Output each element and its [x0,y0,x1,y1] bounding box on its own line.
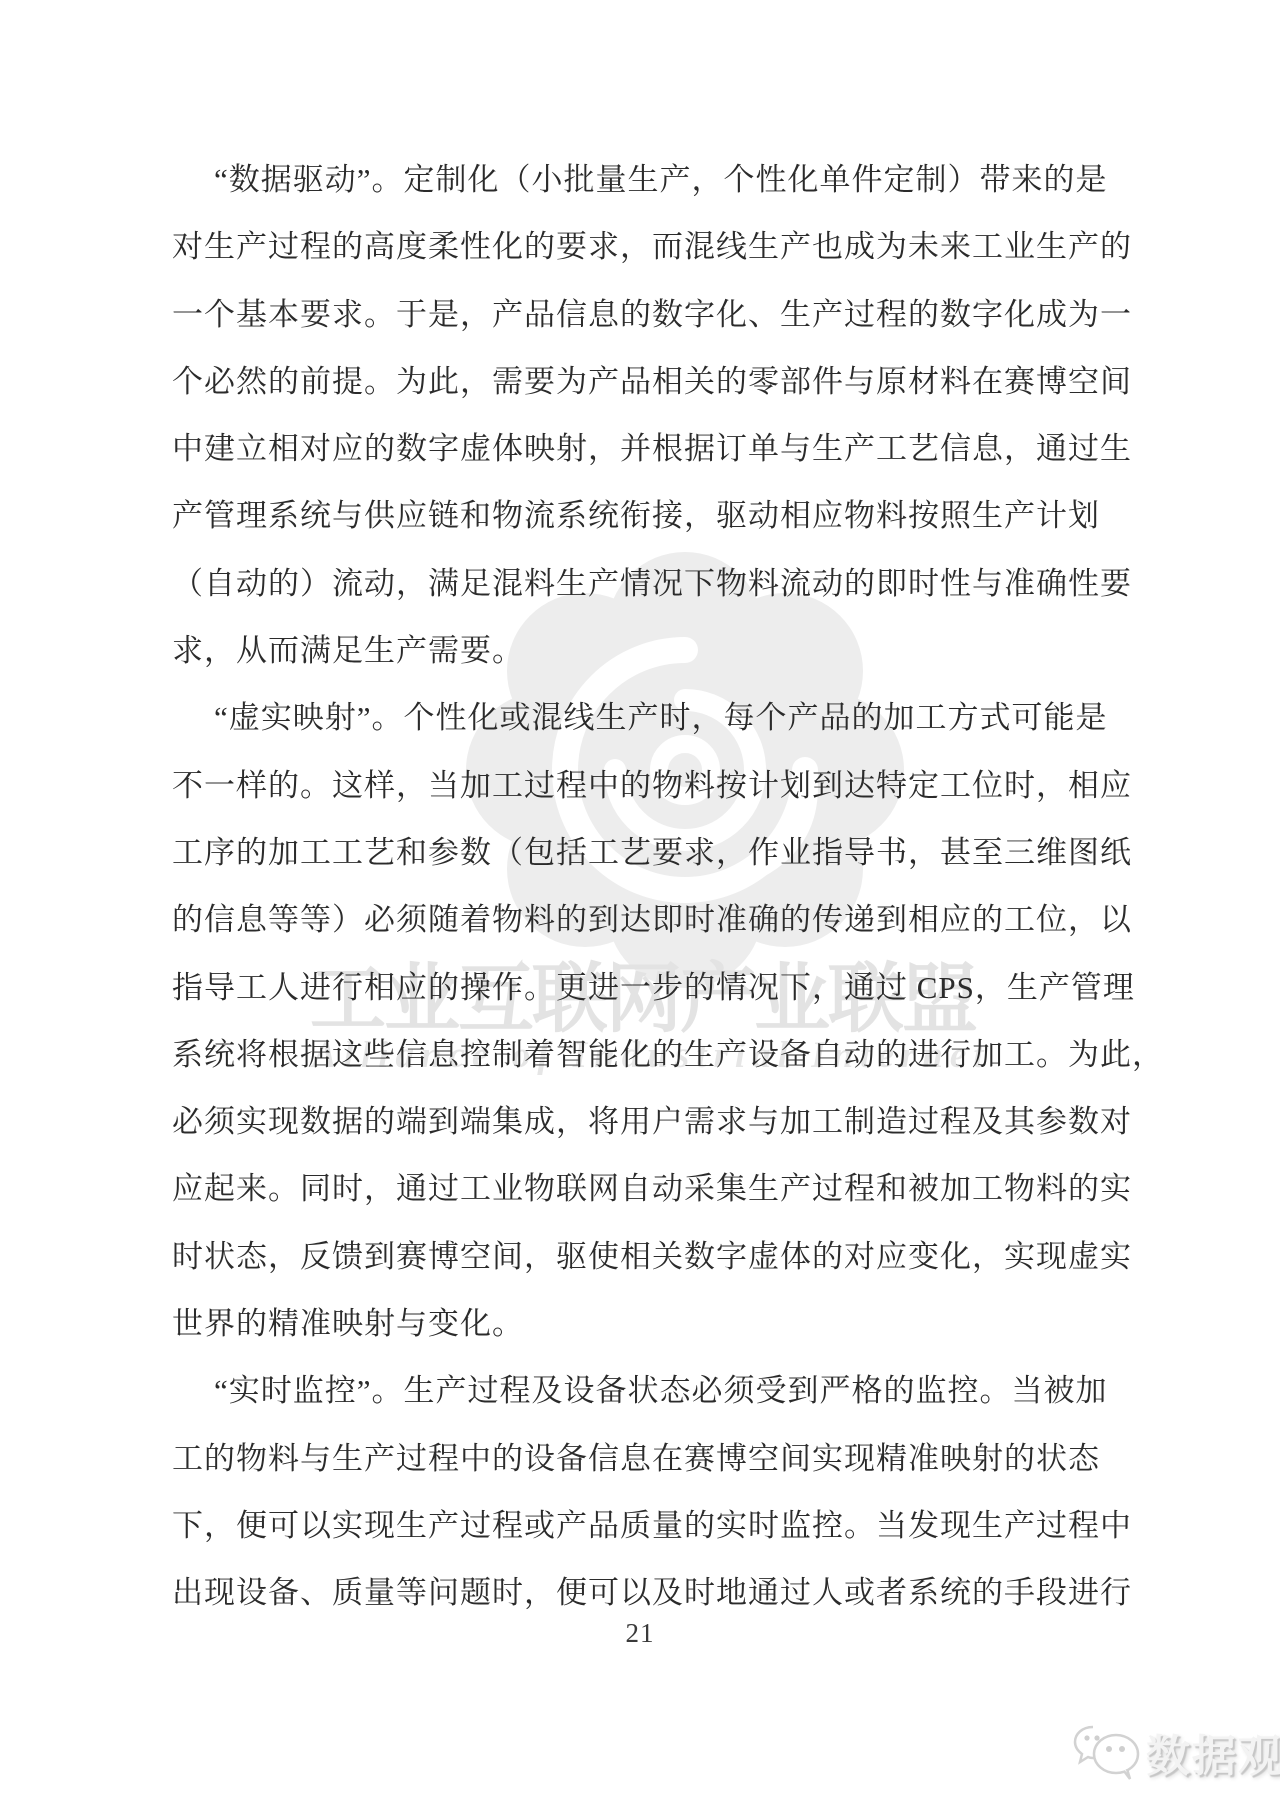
text-line: 世界的精准映射与变化。 [172,1290,1086,1357]
text-line: 时状态，反馈到赛博空间，驱使相关数字虚体的对应变化，实现虚实 [172,1223,1086,1290]
text-line: 对生产过程的高度柔性化的要求，而混线生产也成为未来工业生产的 [172,213,1086,280]
text-line: 不一样的。这样，当加工过程中的物料按计划到达特定工位时，相应 [172,752,1086,819]
brand-logo: 数据观 [1072,1720,1280,1784]
text-line: “数据驱动”。定制化（小批量生产，个性化单件定制）带来的是 [172,146,1086,213]
text-line: 个必然的前提。为此，需要为产品相关的零部件与原材料在赛博空间 [172,348,1086,415]
text-line: 出现设备、质量等问题时，便可以及时地通过人或者系统的手段进行 [172,1559,1086,1626]
text-line: 系统将根据这些信息控制着智能化的生产设备自动的进行加工。为此， [172,1021,1086,1088]
text-line: “实时监控”。生产过程及设备状态必须受到严格的监控。当被加 [172,1357,1086,1424]
text-line: 一个基本要求。于是，产品信息的数字化、生产过程的数字化成为一 [172,281,1086,348]
scanned-document-page: 工业互联网产业联盟 Alliance of Industrial Interne… [0,0,1280,1809]
text-line: 工的物料与生产过程中的设备信息在赛博空间实现精准映射的状态 [172,1425,1086,1492]
text-line: 产管理系统与供应链和物流系统衔接，驱动相应物料按照生产计划 [172,482,1086,549]
page-number: 21 [0,1618,1280,1649]
text-line: 下，便可以实现生产过程或产品质量的实时监控。当发现生产过程中 [172,1492,1086,1559]
text-line: “虚实映射”。个性化或混线生产时，每个产品的加工方式可能是 [172,684,1086,751]
text-line: 中建立相对应的数字虚体映射，并根据订单与生产工艺信息，通过生 [172,415,1086,482]
text-line: 的信息等等）必须随着物料的到达即时准确的传递到相应的工位，以 [172,886,1086,953]
text-line: 指导工人进行相应的操作。更进一步的情况下，通过 CPS，生产管理 [172,954,1086,1021]
text-line: 求，从而满足生产需要。 [172,617,1086,684]
brand-name: 数据观 [1146,1720,1280,1784]
chat-bubbles-icon [1072,1721,1146,1783]
body-text: “数据驱动”。定制化（小批量生产，个性化单件定制）带来的是 对生产过程的高度柔性… [172,146,1086,1627]
text-line: 必须实现数据的端到端集成，将用户需求与加工制造过程及其参数对 [172,1088,1086,1155]
text-line: （自动的）流动，满足混料生产情况下物料流动的即时性与准确性要 [172,550,1086,617]
text-line: 应起来。同时，通过工业物联网自动采集生产过程和被加工物料的实 [172,1155,1086,1222]
text-line: 工序的加工工艺和参数（包括工艺要求，作业指导书，甚至三维图纸 [172,819,1086,886]
